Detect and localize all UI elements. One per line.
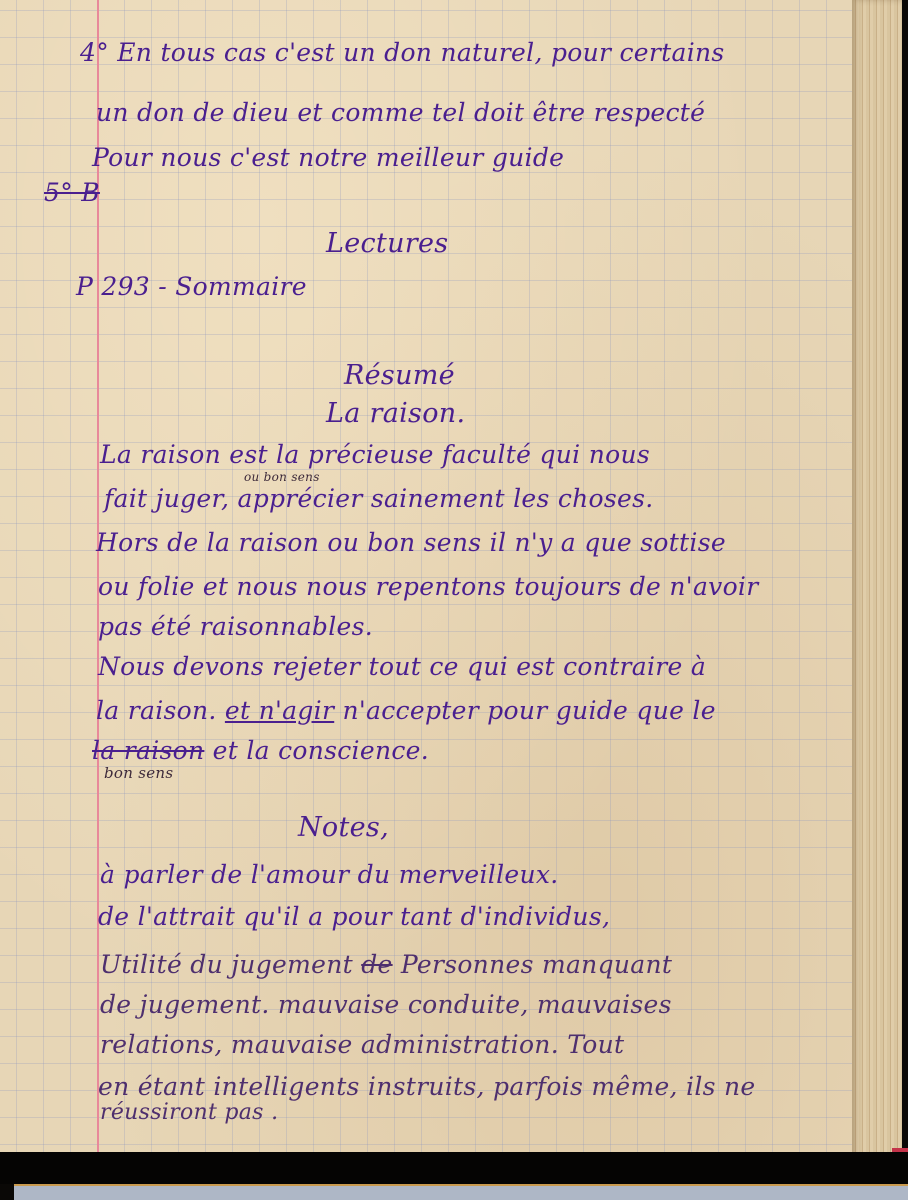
notes-line-3-start: Utilité du jugement [100,950,353,979]
resume-line-3: Hors de la raison ou bon sens il n'y a q… [96,528,726,557]
struck-de: de [361,950,392,979]
notes-line-3: Utilité du jugement de Personnes manquan… [100,950,672,979]
lectures-reference: P 293 - Sommaire [76,272,307,301]
line-4-en-tous-cas: 4° En tous cas c'est un don naturel, pou… [80,38,725,67]
resume-line-8-end: et la conscience. [213,736,429,765]
notes-line-5: relations, mauvaise administration. Tout [100,1030,624,1059]
notes-line-2: de l'attrait qu'il a pour tant d'individ… [98,902,610,931]
resume-line-7-end: n'accepter pour guide que le [342,696,715,725]
notes-line-1: à parler de l'amour du merveilleux. [100,860,559,889]
line-don-de-dieu: un don de dieu et comme tel doit être re… [96,98,705,127]
struck-et-nagir: et n'agir [225,696,334,725]
resume-line-7: la raison. et n'agir n'accepter pour gui… [96,696,716,725]
resume-line-1: La raison est la précieuse faculté qui n… [100,440,650,469]
page-stack-edge [852,0,902,1160]
scan-background-black [0,1152,908,1184]
resume-line-7-start: la raison. [96,696,217,725]
resume-subtitle: La raison. [326,398,465,429]
notebook-page: 4° En tous cas c'est un don naturel, pou… [0,0,862,1152]
section-marker-5: 5° B [44,178,100,207]
insert-bon-sens: bon sens [104,764,173,782]
struck-la-raison: la raison [92,736,204,765]
resume-line-6: Nous devons rejeter tout ce qui est cont… [98,652,706,681]
scan-background-blue [14,1184,908,1200]
line-meilleur-guide: Pour nous c'est notre meilleur guide [92,143,564,172]
resume-heading: Résumé [344,360,455,391]
notes-line-3-end: Personnes manquant [401,950,672,979]
notes-line-7: réussiront pas . [100,1100,278,1125]
notes-line-6: en étant intelligents instruits, parfois… [98,1072,756,1101]
notes-line-4: de jugement. mauvaise conduite, mauvaise… [100,990,672,1019]
insert-ou-bon-sens: ou bon sens [244,470,320,484]
resume-line-5: pas été raisonnables. [98,612,373,641]
resume-line-2: fait juger, apprécier sainement les chos… [104,484,653,513]
resume-line-4: ou folie et nous nous repentons toujours… [98,572,758,601]
notes-heading: Notes, [298,812,389,843]
resume-line-8: la raison et la conscience. [92,736,429,765]
lectures-heading: Lectures [326,228,448,259]
